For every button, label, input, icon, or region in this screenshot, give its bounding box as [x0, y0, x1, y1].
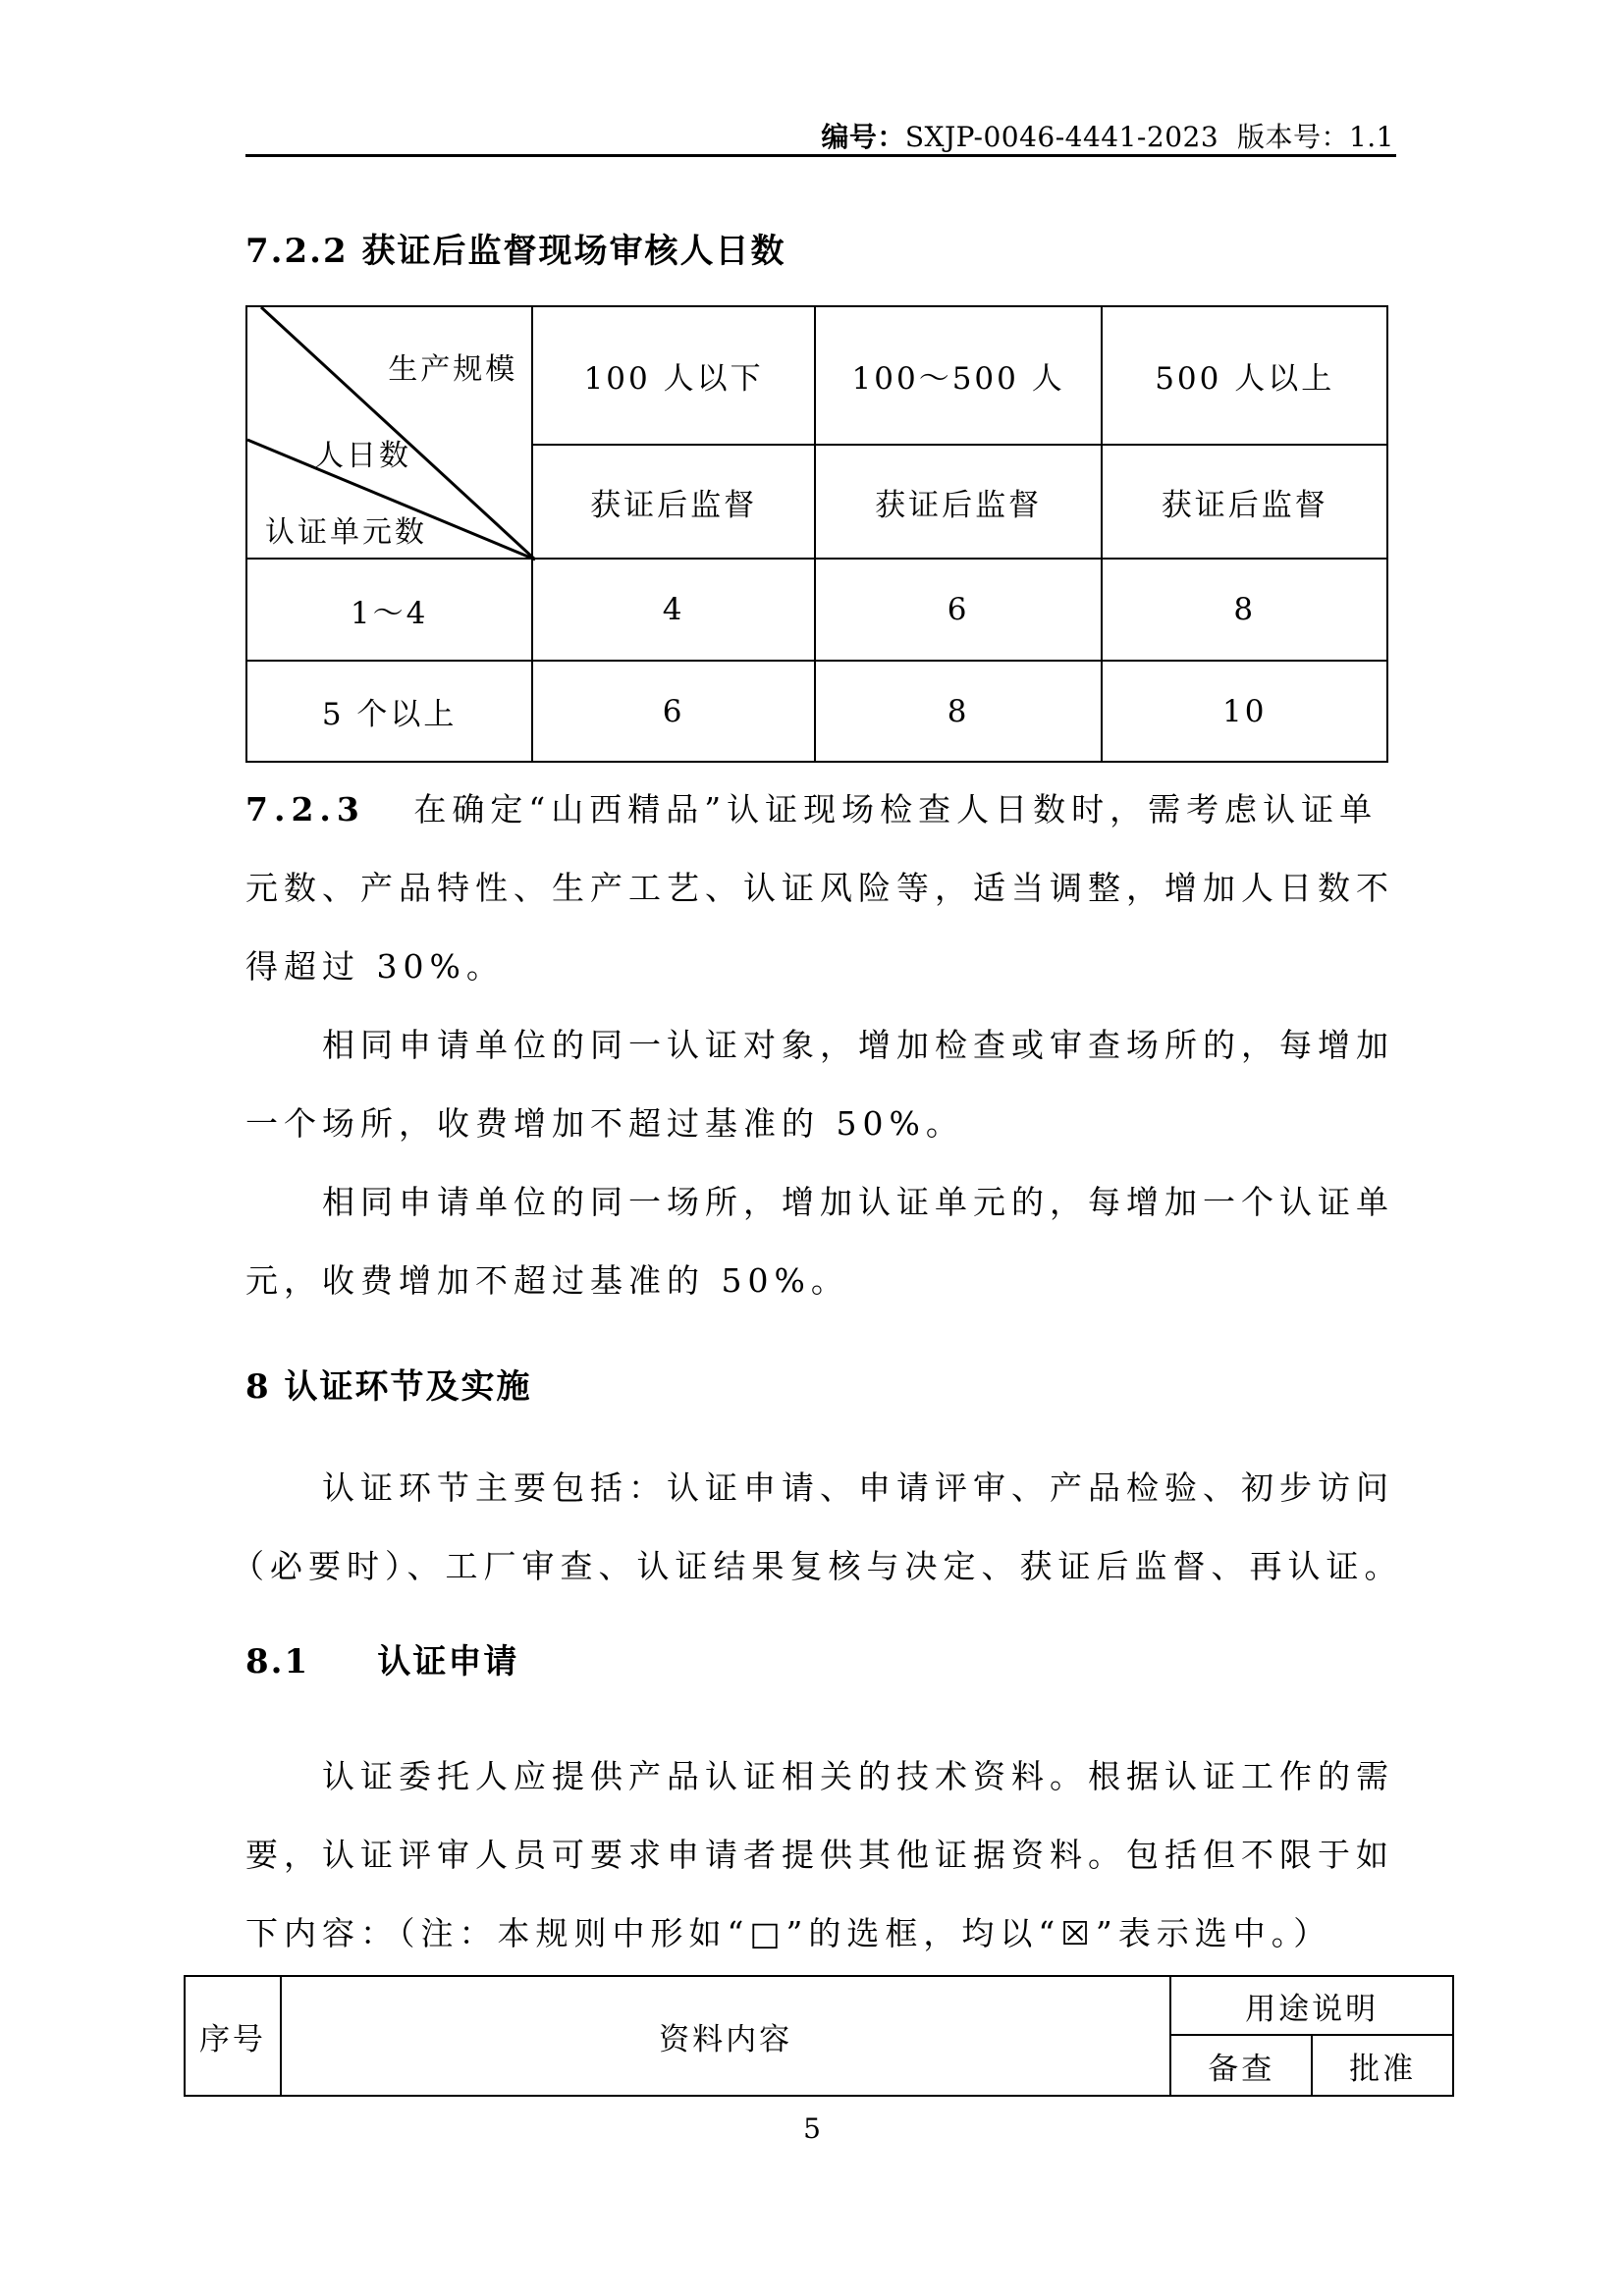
- corner-label-mandays: 人日数: [314, 431, 411, 474]
- section-81-title: 认证申请: [377, 1642, 518, 1682]
- value-cell: 6: [815, 559, 1103, 661]
- paragraph-line: 相同申请单位的同一认证对象，增加检查或审查场所的，每增加: [245, 1006, 1404, 1085]
- scale-header: 100 人以下: [532, 306, 815, 445]
- value-cell: 8: [1102, 559, 1387, 661]
- value-cell: 10: [1102, 661, 1387, 762]
- section-81-number: 8.1: [245, 1642, 309, 1682]
- table-row: 1～4 4 6 8: [246, 559, 1387, 661]
- scale-header: 500 人以上: [1102, 306, 1387, 445]
- col-header-approve: 批准: [1312, 2035, 1453, 2096]
- header-divider: [245, 154, 1396, 157]
- section-722-title: 7.2.2 获证后监督现场审核人日数: [245, 224, 785, 272]
- page-number: 5: [0, 2112, 1624, 2145]
- section-723-body: 7.2.3 在确定“山西精品”认证现场检查人日数时，需考虑认证单 元数、产品特性…: [245, 771, 1404, 1320]
- paragraph-line: 认证委托人应提供产品认证相关的技术资料。根据认证工作的需: [245, 1737, 1404, 1816]
- section-723-number: 7.2.3: [245, 790, 365, 828]
- audit-mandays-table: 生产规模 人日数 认证单元数 100 人以下 100～500 人 500 人以上…: [245, 305, 1388, 763]
- phase-header: 获证后监督: [532, 445, 815, 559]
- paragraph-line: 下内容：（注：本规则中形如“□”的选框，均以“☒”表示选中。）: [245, 1895, 1404, 1973]
- phase-header: 获证后监督: [1102, 445, 1387, 559]
- paragraph-line: 相同申请单位的同一场所，增加认证单元的，每增加一个认证单: [245, 1163, 1404, 1242]
- value-cell: 4: [532, 559, 815, 661]
- paragraph-line: 认证环节主要包括：认证申请、申请评审、产品检验、初步访问: [245, 1449, 1404, 1527]
- scale-header: 100～500 人: [815, 306, 1103, 445]
- col-header-record: 备查: [1170, 2035, 1312, 2096]
- section-8-body: 认证环节主要包括：认证申请、申请评审、产品检验、初步访问 （必要时）、工厂审查、…: [245, 1449, 1404, 1606]
- col-header-usage: 用途说明: [1170, 1976, 1453, 2035]
- paragraph-line: 在确定“山西精品”认证现场检查人日数时，需考虑认证单: [413, 790, 1378, 828]
- doc-number: SXJP-0046-4441-2023: [905, 121, 1218, 153]
- version-label: 版本号：: [1237, 121, 1349, 153]
- page-header: 编号：SXJP-0046-4441-2023 版本号：1.1: [245, 116, 1394, 155]
- paragraph-line: 元，收费增加不超过基准的 50%。: [245, 1242, 1404, 1320]
- value-cell: 8: [815, 661, 1103, 762]
- paragraph-line: （必要时）、工厂审查、认证结果复核与决定、获证后监督、再认证。: [232, 1527, 1404, 1606]
- col-header-number: 序号: [185, 1976, 281, 2096]
- section-8-title: 8 认证环节及实施: [245, 1360, 532, 1408]
- corner-label-units: 认证单元数: [265, 507, 427, 551]
- table-row: 5 个以上 6 8 10: [246, 661, 1387, 762]
- section-81-heading: 8.1 认证申请: [245, 1634, 518, 1682]
- paragraph-line: 元数、产品特性、生产工艺、认证风险等，适当调整，增加人日数不: [245, 849, 1404, 928]
- units-cell: 5 个以上: [246, 661, 532, 762]
- phase-header: 获证后监督: [815, 445, 1103, 559]
- paragraph-line: 一个场所，收费增加不超过基准的 50%。: [245, 1085, 1404, 1163]
- col-header-content: 资料内容: [281, 1976, 1170, 2096]
- section-81-body: 认证委托人应提供产品认证相关的技术资料。根据认证工作的需 要，认证评审人员可要求…: [245, 1737, 1404, 1973]
- value-cell: 6: [532, 661, 815, 762]
- table-corner-header: 生产规模 人日数 认证单元数: [246, 306, 532, 559]
- materials-table: 序号 资料内容 用途说明 备查 批准: [184, 1975, 1454, 2097]
- version-number: 1.1: [1349, 121, 1394, 153]
- corner-label-scale: 生产规模: [388, 345, 517, 388]
- units-cell: 1～4: [246, 559, 532, 661]
- paragraph-line: 得超过 30%。: [245, 928, 1404, 1006]
- doc-number-label: 编号：: [821, 121, 905, 153]
- paragraph-line: 要，认证评审人员可要求申请者提供其他证据资料。包括但不限于如: [245, 1816, 1404, 1895]
